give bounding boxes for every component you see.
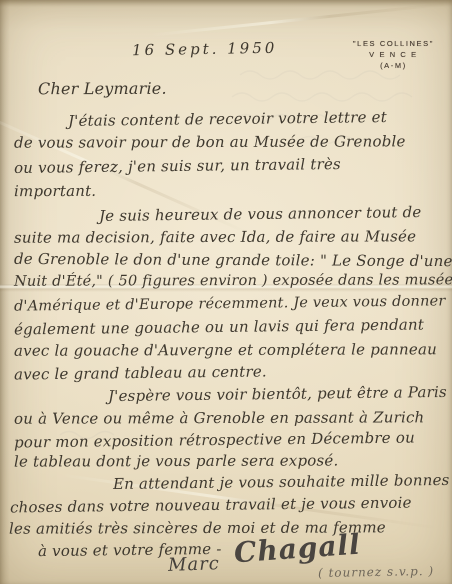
letter-line: important.	[14, 182, 96, 200]
letterhead-city: V E N C E	[353, 49, 434, 60]
letter-line: le tableau dont je vous parle sera expos…	[14, 451, 338, 470]
letter-line: J'espère vous voir bientôt, peut être a …	[108, 383, 447, 405]
letter-line: Je suis heureux de vous annoncer tout de	[99, 203, 422, 225]
paper-edge-shadow	[0, 0, 10, 584]
letter-line: En attendant je vous souhaite mille bonn…	[113, 471, 450, 493]
letter-line: de vous savoir pour de bon au Musée de G…	[14, 132, 406, 151]
letter-line: de Grenoble le don d'une grande toile: "…	[14, 250, 452, 270]
letter-line: Nuit d'Été," ( 50 figures environ ) expo…	[14, 271, 452, 291]
letter-line: J'étais content de recevoir votre lettre…	[68, 108, 387, 130]
letter-line: avec le grand tableau au centre.	[14, 362, 267, 383]
letterhead: "LES COLLINES" V E N C E (A-M)	[353, 38, 434, 71]
letter-line: également une gouache ou un lavis qui fe…	[14, 315, 424, 338]
signature-first-name: Marc	[168, 555, 220, 575]
letter-line: d'Amérique et d'Europe récemment. Je veu…	[14, 292, 446, 315]
salutation: Cher Leymarie.	[38, 80, 167, 98]
signature-last-name: Chagall	[234, 536, 362, 563]
letter-line: ou à Vence ou même à Grenoble en passant…	[14, 408, 424, 427]
letter-line: pour mon exposition rétrospective en Déc…	[14, 429, 415, 452]
paper-crease	[151, 2, 450, 36]
turn-over-note: ( tournez s.v.p. )	[318, 562, 434, 582]
letterhead-name: "LES COLLINES"	[353, 38, 434, 49]
letter-line: choses dans votre nouveau travail et je …	[10, 494, 412, 517]
letterhead-department: (A-M)	[353, 60, 434, 71]
letter-line: ou vous ferez, j'en suis sur, un travail…	[14, 155, 341, 177]
letter-page: "LES COLLINES" V E N C E (A-M) 16 Sept. …	[0, 0, 452, 584]
letter-line: avec la gouache d'Auvergne et complétera…	[14, 340, 437, 359]
letter-line: suite ma decision, faite avec Ida, de fa…	[14, 227, 416, 246]
letter-date: 16 Sept. 1950	[132, 39, 278, 60]
